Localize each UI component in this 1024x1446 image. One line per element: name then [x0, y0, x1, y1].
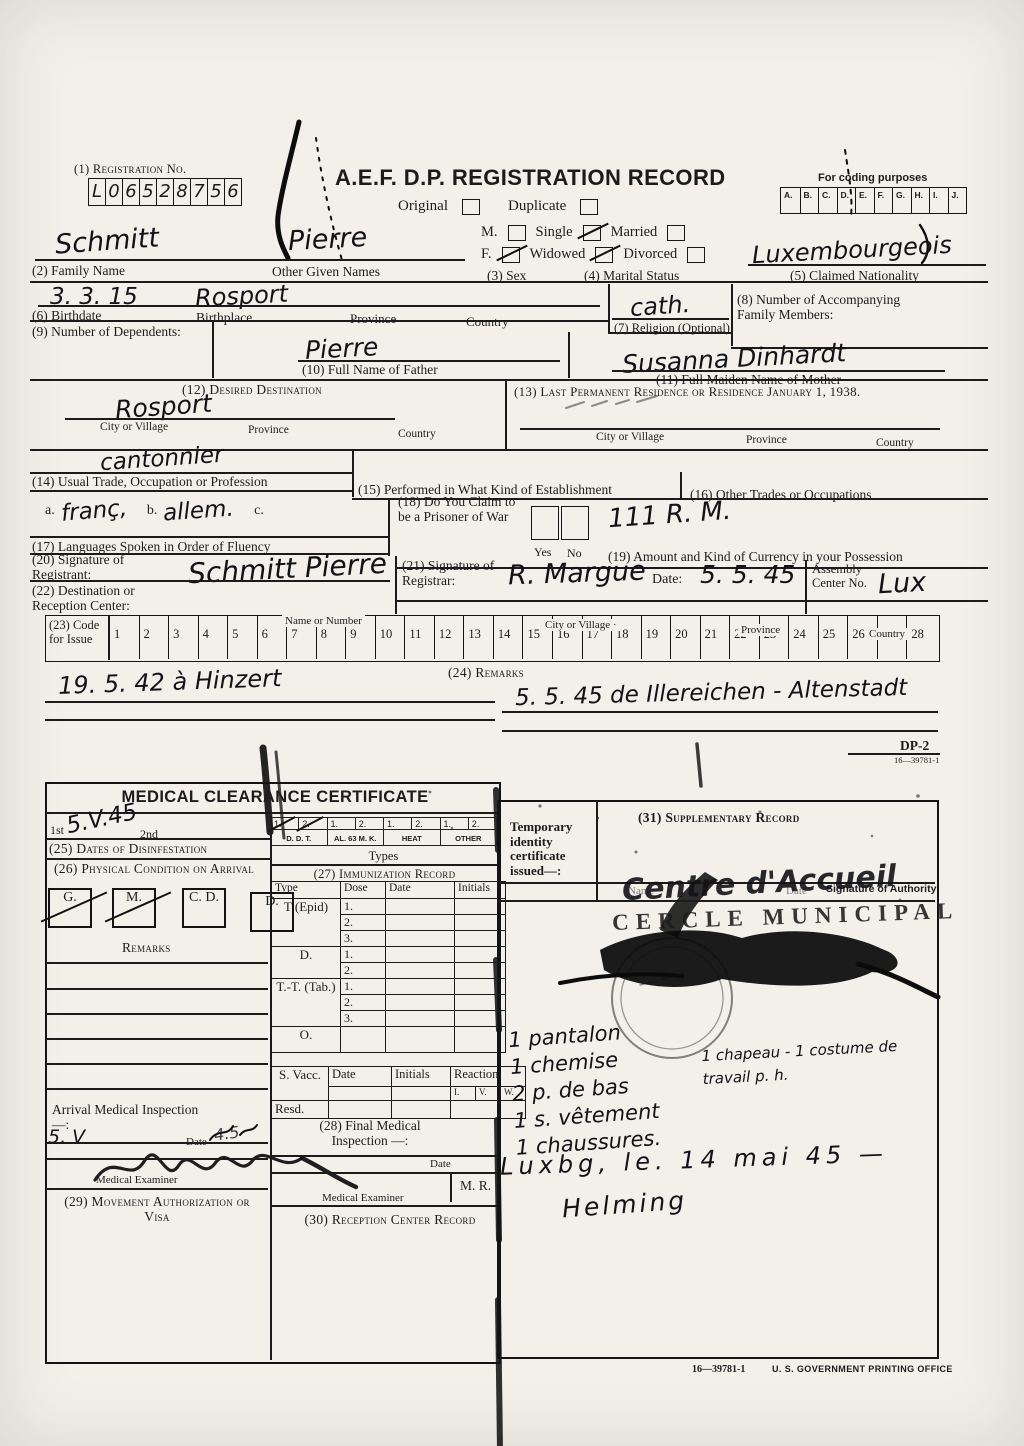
- pow-yes-checkbox: [531, 506, 559, 540]
- destination-country-label: Country: [398, 428, 436, 441]
- cell: B.: [800, 188, 819, 213]
- vrule: [608, 284, 610, 332]
- rule: [270, 864, 497, 866]
- code-cells: 1234567891011121314151617181920212223242…: [110, 616, 936, 659]
- rule: [45, 1013, 268, 1015]
- types-subcells: 1.2.1.2.1.2.1.2.: [270, 817, 497, 830]
- imm-dose: 3.: [341, 931, 386, 947]
- imm-date-cell: [386, 963, 455, 979]
- marital-widowed-checkbox: [595, 247, 613, 263]
- duplicate-label: Duplicate: [508, 198, 566, 215]
- imm-col-date: Date: [386, 882, 455, 899]
- lang-b-value: allem.: [163, 496, 235, 527]
- rule: [35, 259, 465, 261]
- marital-widowed-label: Widowed: [530, 246, 586, 263]
- cell: E.: [855, 188, 874, 213]
- registrant-label: (20) Signature of Registrant:: [32, 552, 172, 582]
- marital-married-checkbox: [667, 225, 685, 241]
- cell: 28: [906, 616, 936, 659]
- vrule: [388, 498, 390, 556]
- temp-cert-label: Temporary identity certificate issued—:: [510, 820, 595, 878]
- rule: [45, 838, 270, 840]
- final-date-label: Date: [430, 1158, 451, 1170]
- resd-label: Resd.: [272, 1101, 329, 1119]
- cell: 2.: [356, 817, 384, 830]
- imm-date-cell: [386, 1027, 455, 1053]
- code-province-label: Province: [738, 624, 783, 636]
- birth-country-label: Country: [466, 315, 509, 330]
- code-city-label: City or Village ·: [542, 619, 620, 631]
- rule: [748, 264, 986, 266]
- marital-divorced-label: Divorced: [623, 246, 677, 263]
- coding-cells: A.B.C.D.E.F.G.H.I.J.: [780, 187, 967, 214]
- rule: [30, 580, 390, 582]
- sex-f-label: F.: [481, 246, 492, 263]
- coding-label: For coding purposes: [818, 172, 927, 184]
- rule: [502, 711, 938, 713]
- registrar-label: (21) Signature of Registrar:: [402, 558, 507, 588]
- cell: 23: [759, 616, 789, 659]
- imm-date-cell: [386, 979, 455, 995]
- rule: [30, 320, 608, 322]
- imm-init-cell: [455, 1027, 506, 1053]
- sex-m-checkbox: [508, 225, 526, 241]
- rule: [45, 988, 268, 990]
- condition-box-m-label: M.: [126, 890, 142, 905]
- rule: [45, 1038, 268, 1040]
- vrule: [731, 284, 733, 346]
- accompanying-label: (8) Number of Accompanying Family Member…: [737, 292, 907, 322]
- imm-init-cell: [455, 915, 506, 931]
- vrule: [568, 332, 570, 378]
- imm-init-cell: [455, 947, 506, 963]
- cell: 1.: [270, 817, 299, 830]
- cell: 21: [700, 616, 730, 659]
- imm-type-tt-tab: T.-T. (Tab.): [272, 979, 341, 1027]
- marital-divorced-checkbox: [687, 247, 705, 263]
- registrar-date-value: 5. 5. 45: [700, 560, 795, 589]
- original-label: Original: [398, 198, 448, 215]
- condition-box-cd-label: C. D.: [189, 890, 219, 905]
- cell: G.: [892, 188, 911, 213]
- family-name-label: (2) Family Name: [32, 263, 125, 278]
- rule: [272, 1155, 497, 1157]
- condition-box-g: G.: [48, 888, 92, 928]
- cell: 20: [670, 616, 700, 659]
- rule: [45, 1158, 268, 1160]
- imm-col-initials: Initials: [455, 882, 506, 899]
- imm-date-cell: [386, 1011, 455, 1027]
- cell: D. D. T.: [270, 830, 328, 846]
- imm-init-cell: [455, 1011, 506, 1027]
- original-checkbox: [462, 199, 480, 215]
- types-columns: D. D. T.AL. 63 M. K.HEATOTHER: [270, 830, 497, 846]
- cell: AL. 63 M. K.: [328, 830, 385, 846]
- rule: [395, 600, 988, 602]
- condition-box-cd: C. D.: [182, 888, 226, 928]
- types-label: Types: [270, 849, 497, 863]
- residence-country-label: Country: [876, 437, 914, 450]
- registration-no-label: (1) Registration No.: [74, 162, 186, 176]
- imm-init-cell: [455, 963, 506, 979]
- sex-m-label: M.: [481, 224, 498, 241]
- pow-yes-label: Yes: [534, 546, 551, 559]
- footer-form-no: 16—39781-1: [692, 1364, 745, 1375]
- clothing-items-list: 1 pantalon1 chemise2 p. de bas1 s. vêtem…: [507, 1017, 662, 1161]
- svacc-cell: [392, 1101, 451, 1119]
- residence-province-label: Province: [746, 434, 787, 447]
- sex-f-checkbox: [502, 247, 520, 263]
- condition-box-m: M.: [112, 888, 156, 928]
- rule: [45, 858, 270, 860]
- cell: 0: [105, 179, 122, 205]
- cell: 2: [156, 179, 173, 205]
- marital-single-checkbox: [583, 225, 601, 241]
- imm-date-cell: [386, 995, 455, 1011]
- reaction-i: I.: [451, 1087, 476, 1101]
- cell: 1.: [441, 817, 469, 830]
- dependents-label: (9) Number of Dependents:: [32, 324, 182, 339]
- trade-label: (14) Usual Trade, Occupation or Professi…: [32, 474, 267, 489]
- code-country-label: Country: [866, 628, 908, 640]
- cell: 2: [139, 616, 169, 659]
- rule: [30, 281, 988, 283]
- lang-b-label: b.: [147, 503, 158, 519]
- cell: A.: [781, 188, 800, 213]
- rule: [608, 332, 731, 334]
- rule: [520, 428, 940, 430]
- father-label: (10) Full Name of Father: [302, 362, 438, 377]
- imm-dose: 1.: [341, 947, 386, 963]
- immunization-title: (27) Immunization Record: [272, 867, 497, 881]
- svacc-table: S. Vacc. Date Initials Reaction I. V. W.…: [271, 1066, 526, 1119]
- remarks-left-value: 19. 5. 42 à Hinzert: [58, 664, 282, 700]
- form-no-top: 16—39781-1: [894, 756, 939, 766]
- cell: J.: [948, 188, 967, 213]
- condition-label: (26) Physical Condition on Arrival: [48, 861, 260, 876]
- cell: 6: [122, 179, 139, 205]
- imm-init-cell: [455, 995, 506, 1011]
- rule: [45, 1088, 268, 1090]
- cell: 11: [404, 616, 434, 659]
- remarks-right-value: 5. 5. 45 de Illereichen - Altenstadt: [515, 675, 908, 711]
- pow-no-checkbox: [561, 506, 589, 540]
- rule: [502, 730, 938, 732]
- rule: [30, 490, 352, 492]
- rule: [45, 1063, 268, 1065]
- marital-single-label: Single: [536, 224, 573, 241]
- cell: I.: [929, 188, 948, 213]
- cell: D.: [837, 188, 856, 213]
- dp2-label: DP-2: [900, 738, 929, 753]
- imm-type-d: D.: [272, 947, 341, 979]
- vrule: [680, 472, 682, 500]
- final-inspection-label: (28) Final Medical Inspection —:: [290, 1118, 450, 1148]
- disinfestation-label: (25) Dates of Disinfestation: [49, 841, 207, 856]
- rule: [272, 1172, 497, 1174]
- vrule: [596, 800, 598, 900]
- cell: 25: [818, 616, 848, 659]
- cell: F.: [874, 188, 893, 213]
- cell: 2.: [412, 817, 440, 830]
- disinfestation-1st-label: 1st: [50, 824, 64, 837]
- vrule: [352, 449, 354, 497]
- cell: 8: [173, 179, 190, 205]
- assembly-value: Lux: [877, 567, 927, 600]
- mr-label: M. R.: [460, 1178, 491, 1193]
- imm-type-t-epid: T (Epid): [272, 899, 341, 947]
- imm-dose: 1.: [341, 899, 386, 915]
- cell: 19: [641, 616, 671, 659]
- cell: 2.: [299, 817, 327, 830]
- rule: [45, 719, 495, 721]
- footer-printing-office: U. S. GOVERNMENT PRINTING OFFICE: [772, 1364, 953, 1374]
- lang-a-label: a.: [45, 503, 55, 519]
- vrule: [395, 556, 397, 614]
- cell: 10: [375, 616, 405, 659]
- vrule: [212, 320, 214, 378]
- immunization-table: Type Dose Date Initials T (Epid) 1. 2. 3…: [271, 881, 506, 1053]
- supplementary-title: (31) Supplementary Record: [638, 810, 800, 825]
- dp-registration-form-scan: (1) Registration No. L06528756 A.E.F. D.…: [0, 0, 1024, 1446]
- rule: [272, 1205, 497, 1207]
- final-examiner-label: Medical Examiner: [322, 1192, 404, 1204]
- arrival-date-label: Date: [186, 1136, 207, 1148]
- cell: 3: [168, 616, 198, 659]
- arrival-examiner-label: Medical Examiner: [96, 1174, 178, 1186]
- cell: 1.: [384, 817, 412, 830]
- cell: HEAT: [384, 830, 441, 846]
- svacc-cell: [392, 1087, 451, 1101]
- cell: OTHER: [441, 830, 498, 846]
- svacc-label: S. Vacc.: [272, 1067, 329, 1101]
- cell: 1: [110, 616, 139, 659]
- movement-label: (29) Movement Authorization or Visa: [52, 1194, 262, 1224]
- family-name-value: Schmitt: [54, 222, 160, 260]
- rule: [612, 318, 729, 320]
- cell: L: [89, 179, 105, 205]
- cell: 13: [463, 616, 493, 659]
- residence-label: (13) Last Permanent Residence or Residen…: [514, 385, 860, 400]
- code-name-label: Name or Number: [282, 615, 365, 627]
- imm-date-cell: [386, 915, 455, 931]
- condition-box-g-label: G.: [63, 890, 77, 905]
- cell: 7: [190, 179, 207, 205]
- vrule: [505, 379, 507, 449]
- cell: 22: [729, 616, 759, 659]
- imm-init-cell: [455, 931, 506, 947]
- imm-dose: 2.: [341, 915, 386, 931]
- birthplace-value: Rosport: [194, 280, 288, 313]
- destination-city-label: City or Village: [100, 421, 168, 434]
- cell: H.: [911, 188, 930, 213]
- cell: 24: [788, 616, 818, 659]
- given-names-value: Pierre: [287, 222, 368, 257]
- lang-a-value: franç,: [60, 495, 128, 527]
- cell: 6: [224, 179, 241, 205]
- svacc-cell: [329, 1087, 392, 1101]
- birthplace-label: Birthplace: [196, 310, 252, 325]
- cell: 1.: [328, 817, 356, 830]
- imm-date-cell: [386, 947, 455, 963]
- imm-type-o: O.: [272, 1027, 341, 1053]
- rule: [45, 1188, 268, 1190]
- medical-remarks-label: Remarks: [122, 940, 171, 955]
- duplicate-checkbox: [580, 199, 598, 215]
- imm-dose: 2.: [341, 963, 386, 979]
- vrule: [450, 1172, 452, 1202]
- imm-date-cell: [386, 899, 455, 915]
- imm-date-cell: [386, 931, 455, 947]
- marital-married-label: Married: [611, 224, 658, 241]
- svacc-cell: [329, 1101, 392, 1119]
- registrar-date-label: Date:: [652, 572, 682, 588]
- reception22-label: (22) Destination or Reception Center:: [32, 583, 192, 613]
- imm-dose: 1.: [341, 979, 386, 995]
- rule: [30, 536, 388, 538]
- form-title: A.E.F. D.P. REGISTRATION RECORD: [335, 166, 705, 191]
- reception-center-label: (30) Reception Center Record: [300, 1212, 480, 1227]
- lang-c-label: c.: [254, 503, 264, 519]
- registrar-signature: R. Margue: [508, 556, 647, 592]
- cell: C.: [818, 188, 837, 213]
- registration-no-cells: L06528756: [88, 178, 242, 206]
- imm-dose: [341, 1027, 386, 1053]
- destination-province-label: Province: [248, 424, 289, 437]
- arrival-date-value: 4.5: [213, 1122, 241, 1144]
- rule: [65, 418, 395, 420]
- imm-dose: 2.: [341, 995, 386, 1011]
- cell: 14: [493, 616, 523, 659]
- rule: [45, 701, 495, 703]
- svacc-col-date: Date: [329, 1067, 392, 1087]
- residence-city-label: City or Village: [596, 431, 664, 444]
- pow-label: (18) Do You Claim to be a Prisoner of Wa…: [398, 494, 516, 524]
- remarks-label: (24) Remarks: [448, 665, 524, 680]
- rule: [30, 379, 988, 381]
- cell: 5: [139, 179, 156, 205]
- imm-init-cell: [455, 979, 506, 995]
- rule: [45, 1142, 268, 1144]
- cell: 12: [434, 616, 464, 659]
- imm-col-dose: Dose: [341, 882, 386, 899]
- svacc-col-initials: Initials: [392, 1067, 451, 1087]
- reaction-v: V.: [476, 1087, 501, 1101]
- code-label: (23) Code for Issue: [49, 618, 109, 646]
- rule: [45, 962, 268, 964]
- vrule: [805, 560, 807, 614]
- cell: 2.: [469, 817, 497, 830]
- cell: 4: [198, 616, 228, 659]
- arrival-inspection-value: 5. V: [48, 1126, 85, 1148]
- given-names-label: Other Given Names: [272, 264, 380, 279]
- currency-value: 111 R. M.: [607, 496, 732, 535]
- rule: [38, 305, 600, 307]
- imm-dose: 3.: [341, 1011, 386, 1027]
- cell: 5: [207, 179, 224, 205]
- imm-col-type: Type: [272, 882, 341, 899]
- cell: 5: [227, 616, 257, 659]
